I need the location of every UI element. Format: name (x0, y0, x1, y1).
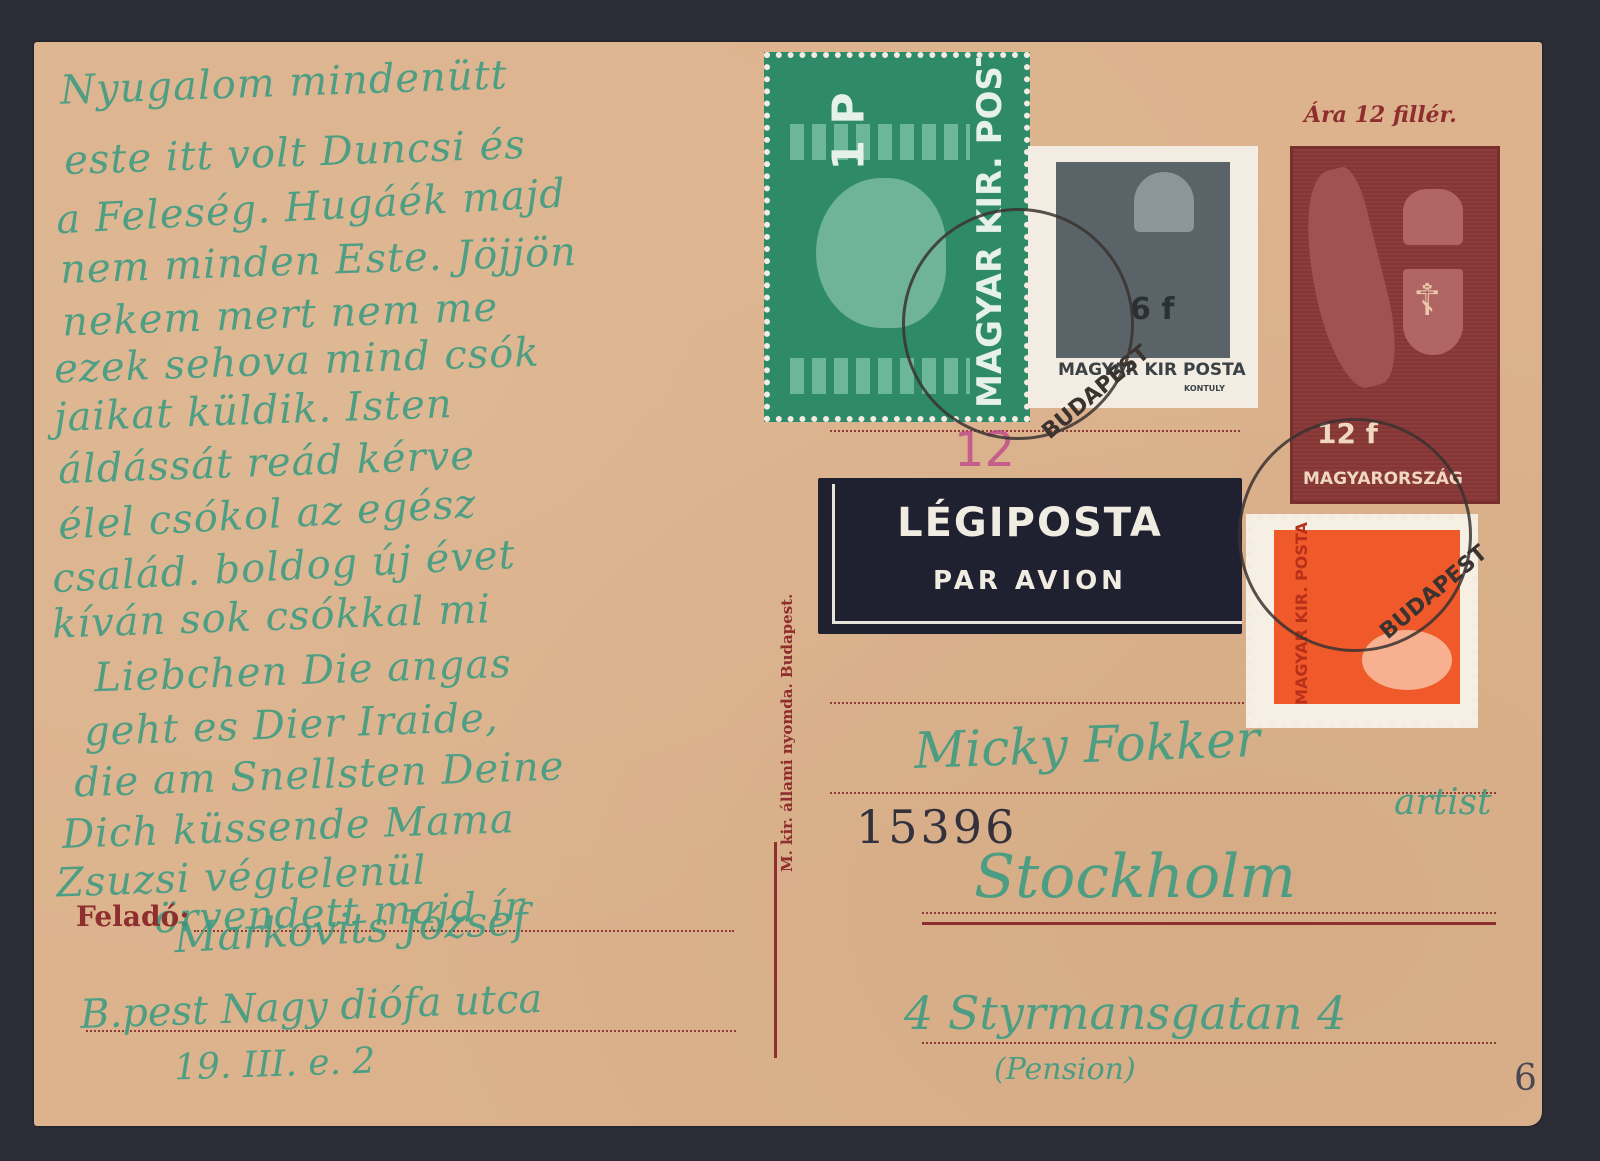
address-line-2 (830, 702, 1276, 704)
stamp-value: 6 f (1130, 292, 1174, 327)
airmail-label: LÉGIPOSTA PAR AVION (818, 478, 1242, 634)
stamp-designer: KONTULY (1184, 384, 1225, 393)
message-line: geht es Dier Iraide, (83, 695, 499, 755)
crown-icon (1403, 189, 1463, 245)
stamp-value: 1 P (824, 92, 875, 170)
recipient-street: 4 Styrmansgatan 4 (904, 986, 1346, 1040)
pencil-note: 6 (1514, 1058, 1537, 1099)
eagle-icon (1287, 164, 1408, 394)
printer-imprint: M. kir. állami nyomda. Budapest. (778, 594, 796, 872)
sender-address: B.pest Nagy diófa utca (79, 976, 543, 1038)
address-line-4 (922, 912, 1496, 914)
stamp-laurel-top (790, 124, 970, 160)
message-line: Nyugalom mindenütt (59, 52, 508, 114)
divider-line (774, 842, 777, 1058)
recipient-title: artist (1394, 782, 1492, 823)
stamp-helmet (1134, 172, 1194, 232)
message-line: este itt volt Duncsi és (63, 122, 526, 184)
address-underline (922, 922, 1496, 925)
postmark-2 (1238, 418, 1472, 652)
sender-address-number: 19. III. e. 2 (173, 1040, 376, 1088)
message-line: Dich küssende Mama (61, 796, 515, 858)
airmail-title: LÉGIPOSTA (818, 500, 1242, 546)
double-cross-icon: ☦ (1413, 275, 1442, 326)
recipient-name: Micky Fokker (913, 710, 1261, 780)
registration-number: 15396 (856, 800, 1017, 854)
message-line: Liebchen Die angas (93, 641, 512, 702)
recipient-note: (Pension) (994, 1052, 1136, 1087)
airmail-subtitle: PAR AVION (818, 566, 1242, 596)
address-line-5 (922, 1042, 1496, 1044)
price-line: Ára 12 fillér. (1304, 102, 1457, 128)
recipient-city: Stockholm (974, 842, 1296, 912)
